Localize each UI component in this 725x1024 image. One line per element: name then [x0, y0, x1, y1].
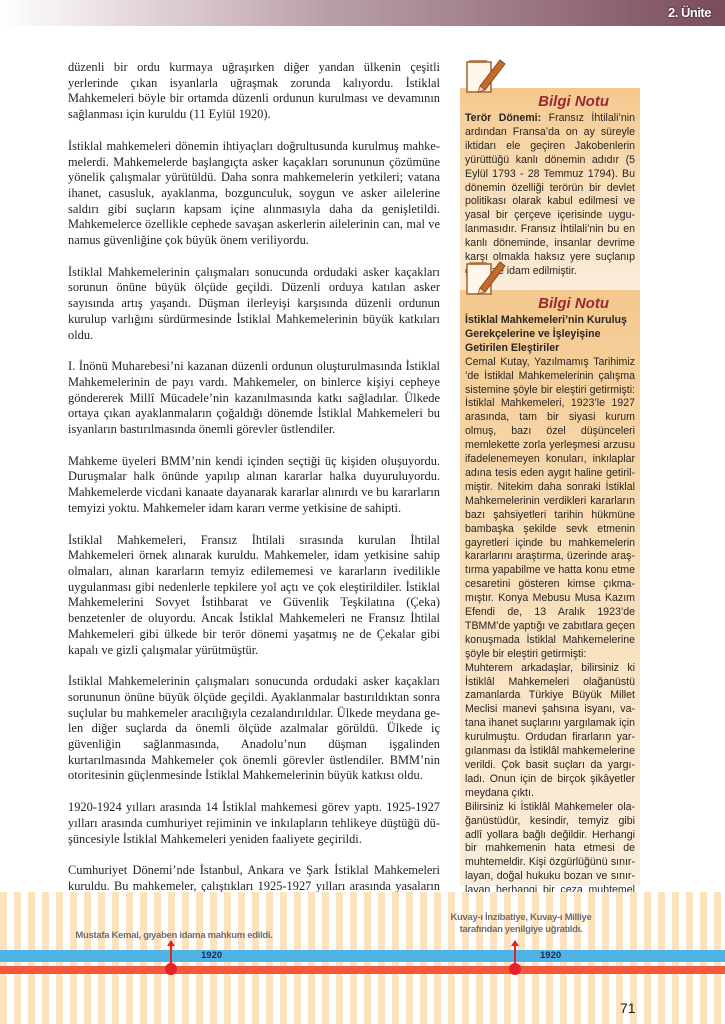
- timeline-lower-line: [0, 966, 725, 974]
- timeline-year: 1920: [540, 950, 561, 962]
- timeline-arrow-icon: [514, 943, 516, 965]
- unit-label: 2. Ünite: [668, 5, 711, 20]
- paragraph: İstiklal mahkemeleri dönemin ihtiyaçları…: [68, 139, 440, 249]
- page-number: 71: [620, 1000, 636, 1016]
- notepad-pencil-icon: [464, 256, 510, 302]
- timeline-event-text: Kuvay-ı İnzibatiye, Kuvay-ı Milliye tara…: [436, 912, 606, 936]
- paragraph: 1920-1924 yılları arasında 14 İstiklal m…: [68, 800, 440, 847]
- timeline-upper-line: [0, 950, 725, 962]
- main-text-column: düzenli bir ordu kurmaya uğraşırken diğe…: [68, 60, 440, 973]
- note-lead-term: Terör Dönemi:: [465, 112, 541, 124]
- paragraph: İstiklal Mahkemelerinin çalışmaları sonu…: [68, 674, 440, 784]
- notepad-pencil-icon: [464, 54, 510, 100]
- note-text: Fransız İhtilali’nin ardından Fransa’da …: [465, 112, 635, 277]
- note-subtitle: İstiklal Mahkemeleri’nin Kuruluş Gerekçe…: [465, 314, 635, 356]
- timeline-marker-dot: [165, 963, 177, 975]
- paragraph: I. İnönü Muharebesi’ni kazanan düzenli o…: [68, 359, 440, 438]
- unit-header-band: 2. Ünite: [0, 0, 725, 26]
- note-quote: Muhterem arkadaşlar, bilirsiniz ki İstik…: [465, 662, 635, 801]
- timeline-arrow-icon: [170, 943, 172, 965]
- info-note-istiklal-mahkemeleri-elestiriler: Bilgi Notu İstiklal Mahkemeleri’nin Kuru…: [460, 290, 640, 886]
- paragraph: düzenli bir ordu kurmaya uğraşırken diğe…: [68, 60, 440, 123]
- paragraph: Mahkeme üyeleri BMM’nin kendi içinden se…: [68, 454, 440, 517]
- timeline-marker-dot: [509, 963, 521, 975]
- timeline-year: 1920: [201, 950, 222, 962]
- note-body: Cemal Kutay, Yazılmamış Tarihimiz ’de İs…: [465, 356, 635, 662]
- paragraph: İstiklal Mahkemeleri, Fransız İhtilali s…: [68, 533, 440, 659]
- paragraph: İstiklal Mahkemelerinin çalışmaları sonu…: [68, 265, 440, 344]
- note-body: Terör Dönemi: Fransız İhtilali’nin ardın…: [465, 112, 635, 279]
